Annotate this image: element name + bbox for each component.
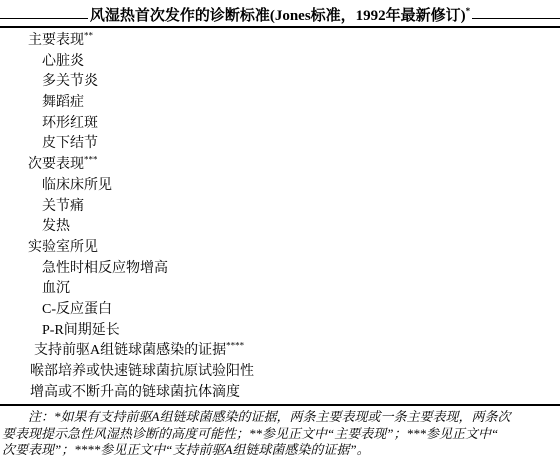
- criteria-row: 心脏炎: [0, 52, 560, 73]
- criteria-label: 多关节炎: [42, 74, 98, 89]
- criteria-row: 主要表现**: [0, 31, 560, 52]
- criteria-row: 环形红斑: [0, 114, 560, 135]
- criteria-label: 舞蹈症: [42, 95, 84, 110]
- table-title: 风湿热首次发作的诊断标准(Jones标准，1992年最新修订)*: [88, 4, 472, 25]
- criteria-row: 血沉: [0, 279, 560, 300]
- criteria-row: 多关节炎: [0, 72, 560, 93]
- table-title-text: 风湿热首次发作的诊断标准(Jones标准，1992年最新修订): [90, 8, 466, 24]
- criteria-label: 主要表现: [28, 33, 84, 48]
- criteria-label: 急性时相反应物增高: [42, 261, 168, 276]
- criteria-row: 急性时相反应物增高: [0, 259, 560, 280]
- criteria-label: 心脏炎: [42, 54, 84, 69]
- criteria-label: 发热: [42, 219, 70, 234]
- criteria-label: P-R间期延长: [42, 323, 120, 338]
- criteria-label: 血沉: [42, 281, 70, 296]
- criteria-label: 临床床所见: [42, 178, 112, 193]
- criteria-row: 增高或不断升高的链球菌抗体滴度: [0, 383, 560, 404]
- criteria-row: 支持前驱A组链球菌感染的证据****: [0, 341, 560, 362]
- criteria-label: 实验室所见: [28, 240, 98, 255]
- table-title-row: 风湿热首次发作的诊断标准(Jones标准，1992年最新修订)*: [0, 0, 560, 28]
- footnote-line: 注：*如果有支持前驱A组链球菌感染的证据，两条主要表现或一条主要表现，两条次: [2, 409, 558, 426]
- criteria-label: 次要表现: [28, 157, 84, 172]
- title-side-rule-right: [472, 18, 560, 19]
- table-footnote: 注：*如果有支持前驱A组链球菌感染的证据，两条主要表现或一条主要表现，两条次要表…: [0, 404, 560, 459]
- footnote-line: 次要表现”；****参见正文中“支持前驱A组链球菌感染的证据”。: [2, 442, 558, 459]
- criteria-label: 关节痛: [42, 199, 84, 214]
- criteria-label: 环形红斑: [42, 116, 98, 131]
- criteria-label: 增高或不断升高的链球菌抗体滴度: [30, 385, 240, 400]
- footnote-marker: **: [84, 30, 93, 40]
- criteria-label: 皮下结节: [42, 136, 98, 151]
- criteria-row: 皮下结节: [0, 134, 560, 155]
- document-page: 风湿热首次发作的诊断标准(Jones标准，1992年最新修订)* 主要表现**心…: [0, 0, 560, 459]
- criteria-rows: 主要表现**心脏炎多关节炎舞蹈症环形红斑皮下结节次要表现***临床床所见关节痛发…: [0, 28, 560, 403]
- criteria-row: 次要表现***: [0, 155, 560, 176]
- criteria-row: P-R间期延长: [0, 321, 560, 342]
- footnote-marker: ***: [84, 154, 98, 164]
- footnote-line: 要表现提示急性风湿热诊断的高度可能性；**参见正文中“主要表现”；***参见正文…: [2, 426, 558, 443]
- criteria-row: C-反应蛋白: [0, 300, 560, 321]
- criteria-row: 舞蹈症: [0, 93, 560, 114]
- title-side-rule-left: [0, 18, 88, 19]
- criteria-row: 关节痛: [0, 197, 560, 218]
- title-footnote-marker: *: [466, 6, 471, 16]
- criteria-row: 发热: [0, 217, 560, 238]
- criteria-row: 临床床所见: [0, 176, 560, 197]
- footnote-marker: ****: [226, 341, 244, 351]
- criteria-row: 喉部培养或快速链球菌抗原试验阳性: [0, 362, 560, 383]
- criteria-label: 支持前驱A组链球菌感染的证据: [34, 343, 226, 358]
- criteria-label: C-反应蛋白: [42, 302, 112, 317]
- criteria-label: 喉部培养或快速链球菌抗原试验阳性: [30, 364, 254, 379]
- criteria-row: 实验室所见: [0, 238, 560, 259]
